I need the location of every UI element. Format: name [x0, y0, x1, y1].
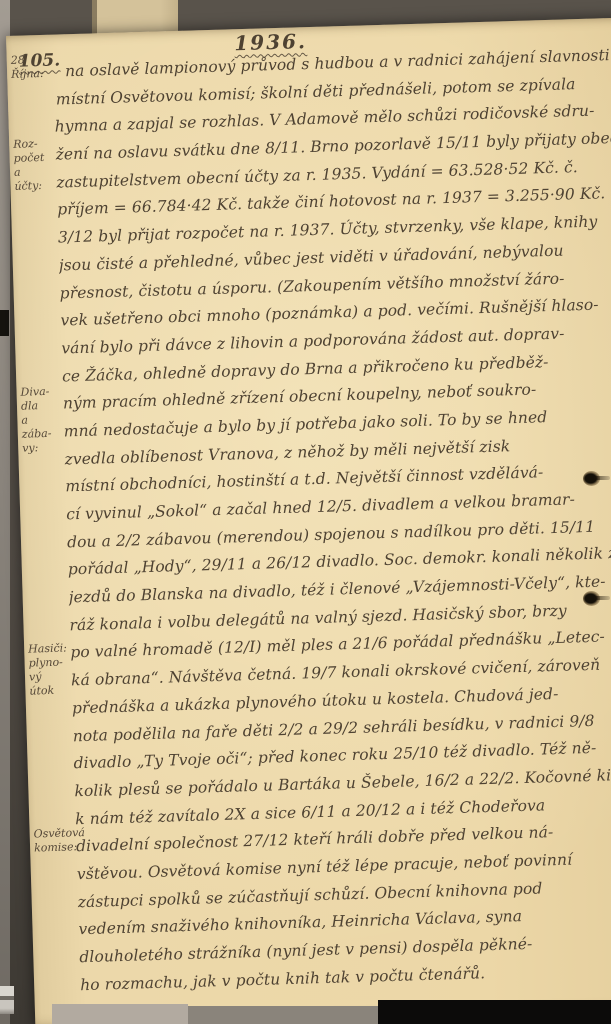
margin-note-line: Hasiči:	[28, 641, 74, 656]
handwritten-body-text: na oslavě lampionový průvod s hudbou a v…	[53, 42, 611, 999]
margin-note-line: počet	[13, 150, 59, 165]
margin-note-line: útok	[29, 683, 75, 698]
margin-note-line: komise:	[34, 840, 80, 855]
margin-note-line: a	[14, 164, 60, 179]
scanned-chronicle-page: 105. 1936. 28Října:Roz-početaúčty:Diva-d…	[0, 0, 611, 1024]
margin-note-line: 28	[11, 53, 57, 68]
margin-note-line: vý	[29, 669, 75, 684]
margin-note: Osvětovákomise:	[33, 826, 80, 855]
margin-note-line: dla	[21, 398, 67, 413]
scan-table-strip-mid	[188, 1006, 378, 1024]
margin-note: Roz-početaúčty:	[13, 136, 61, 193]
margin-note: 28Října:	[11, 53, 58, 82]
margin-note: Diva-dlaazába-vy:	[20, 384, 68, 455]
margin-note-line: zába-	[22, 426, 68, 441]
scan-table-strip-dark	[378, 1000, 611, 1024]
margin-note-line: vy:	[22, 440, 68, 455]
margin-note-line: účty:	[14, 178, 60, 193]
binder-clip-mark	[0, 310, 9, 336]
margin-note-line: Diva-	[20, 384, 66, 399]
margin-note-line: a	[21, 412, 67, 427]
margin-note-line: Roz-	[13, 136, 59, 151]
margin-notes-column: 28Října:Roz-početaúčty:Diva-dlaazába-vy:…	[10, 35, 54, 36]
metal-clip	[0, 986, 14, 1014]
margin-note-line: Osvětová	[33, 826, 79, 841]
margin-note-line: Října:	[11, 67, 57, 82]
scan-table-strip-light	[52, 1004, 188, 1024]
paper-sheet: 105. 1936. 28Října:Roz-početaúčty:Diva-d…	[6, 17, 611, 1024]
margin-note: Hasiči:plyno-výútok	[28, 641, 76, 698]
margin-note-line: plyno-	[28, 655, 74, 670]
